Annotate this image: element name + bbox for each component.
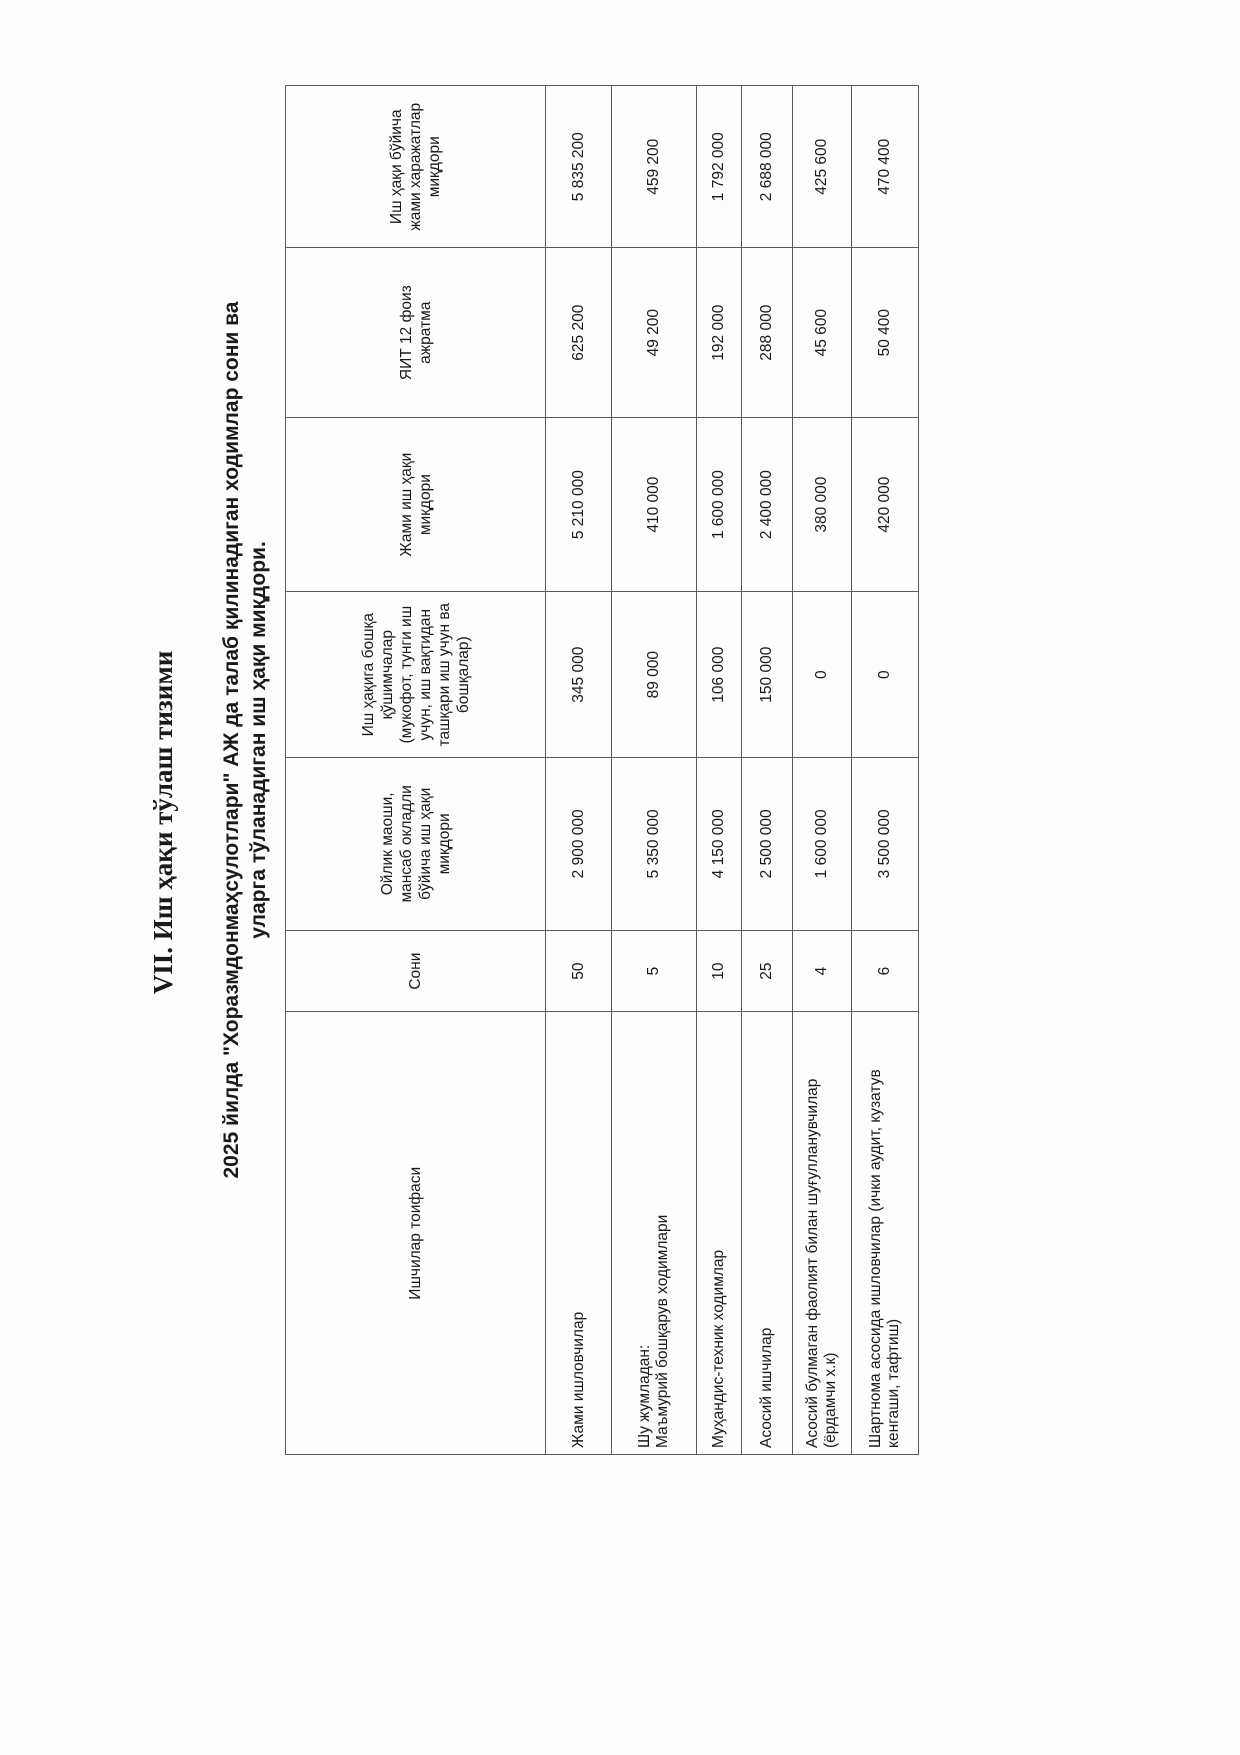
cell-total-cost: 459 200 [612,86,697,248]
header-category: Ишчилар тоифаси [286,1012,546,1455]
table-row: Асосий булмаган фаолият билан шуғулланув… [793,86,852,1455]
cell-salary: 5 350 000 [612,757,697,930]
header-bonuses: Иш ҳақига бошқа қўшимчалар (мукофот, тун… [286,592,546,758]
cell-bonuses: 150 000 [742,592,793,758]
table-row: Жами ишловчилар 50 2 900 000 345 000 5 2… [546,86,612,1455]
cell-count: 10 [697,930,742,1012]
cell-bonuses: 106 000 [697,592,742,758]
cell-bonuses: 345 000 [546,592,612,758]
cell-tax: 625 200 [546,248,612,417]
cell-tax: 50 400 [852,248,919,417]
cell-count: 5 [612,930,697,1012]
cell-count: 25 [742,930,793,1012]
rotated-page: VII. Иш ҳақи тўлаш тизими 2025 йилда "Хо… [0,0,1240,1755]
cell-bonuses: 89 000 [612,592,697,758]
cell-count: 6 [852,930,919,1012]
table-header-row: Ишчилар тоифаси Сони Ойлик маоши, мансаб… [286,86,546,1455]
cell-total-cost: 470 400 [852,86,919,248]
cell-category: Асосий ишчилар [742,1012,793,1455]
cell-total-wage: 2 400 000 [742,417,793,592]
document-subtitle: 2025 йилда "Хоразмдонмаҳсулотлари" АЖ да… [218,85,272,1455]
table-row: Шартнома асосида ишловчилар (ички аудит,… [852,86,919,1455]
wage-table: Ишчилар тоифаси Сони Ойлик маоши, мансаб… [285,85,919,1455]
cell-total-cost: 5 835 200 [546,86,612,248]
cell-category: Шартнома асосида ишловчилар (ички аудит,… [852,1012,919,1455]
cell-total-wage: 380 000 [793,417,852,592]
cell-total-wage: 420 000 [852,417,919,592]
cell-total-cost: 1 792 000 [697,86,742,248]
header-total-cost: Иш ҳақи бўйича жами харажатлар миқдори [286,86,546,248]
cell-total-cost: 425 600 [793,86,852,248]
cell-bonuses: 0 [852,592,919,758]
table-row: Шу жумладан: Маъмурий бошқарув ходимлари… [612,86,697,1455]
cell-category: Жами ишловчилар [546,1012,612,1455]
header-tax: ЯИТ 12 фоиз ажратма [286,248,546,417]
cell-category: Муҳандис-техник ходимлар [697,1012,742,1455]
cell-salary: 4 150 000 [697,757,742,930]
cell-category: Шу жумладан: Маъмурий бошқарув ходимлари [612,1012,697,1455]
header-total-wage: Жами иш ҳақи миқдори [286,417,546,592]
cell-category: Асосий булмаган фаолият билан шуғулланув… [793,1012,852,1455]
cell-count: 4 [793,930,852,1012]
category-label: Маъмурий бошқарув ходимлари [654,1018,672,1448]
cell-count: 50 [546,930,612,1012]
subtitle-line-1: 2025 йилда "Хоразмдонмаҳсулотлари" АЖ да… [218,85,245,1395]
cell-tax: 49 200 [612,248,697,417]
cell-tax: 45 600 [793,248,852,417]
table-row: Асосий ишчилар 25 2 500 000 150 000 2 40… [742,86,793,1455]
subtitle-line-2: уларга тўланадиган иш ҳақи миқдори. [245,85,272,1395]
cell-total-wage: 5 210 000 [546,417,612,592]
table-row: Муҳандис-техник ходимлар 10 4 150 000 10… [697,86,742,1455]
cell-tax: 192 000 [697,248,742,417]
cell-total-wage: 410 000 [612,417,697,592]
cell-bonuses: 0 [793,592,852,758]
cell-total-cost: 2 688 000 [742,86,793,248]
header-salary: Ойлик маоши, мансаб окладли бўйича иш ҳа… [286,757,546,930]
cell-tax: 288 000 [742,248,793,417]
category-prefix: Шу жумладан: [636,1018,654,1448]
cell-total-wage: 1 600 000 [697,417,742,592]
cell-salary: 1 600 000 [793,757,852,930]
cell-salary: 3 500 000 [852,757,919,930]
cell-salary: 2 500 000 [742,757,793,930]
section-title: VII. Иш ҳақи тўлаш тизими [148,0,179,1755]
header-count: Сони [286,930,546,1012]
cell-salary: 2 900 000 [546,757,612,930]
